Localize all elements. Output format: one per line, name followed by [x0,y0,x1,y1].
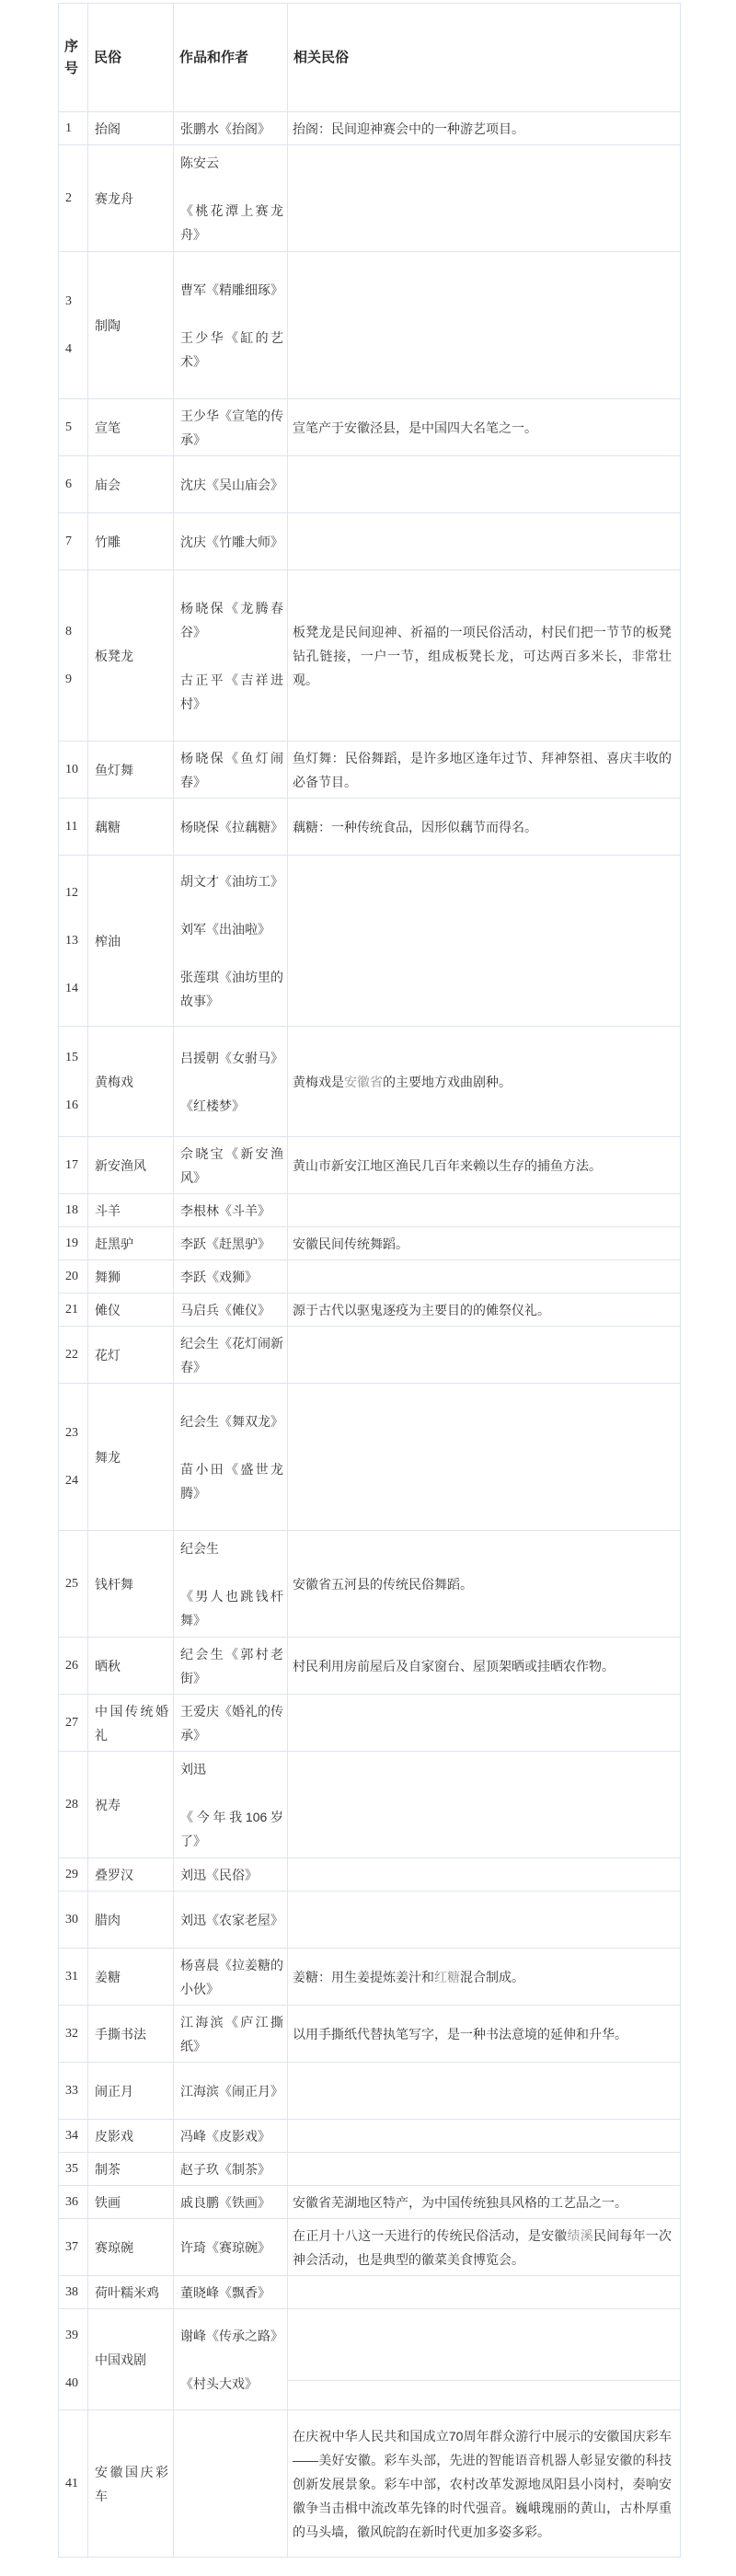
related-text: 在正月十八这一天进行的传统民俗活动，是安徽 [293,2228,568,2243]
work-item: 张鹏水《抬阁》 [180,117,283,141]
table-row: 7竹雕沈庆《竹雕大师》 [59,513,681,570]
related-text: 鱼灯舞：民俗舞蹈，是许多地区逢年过节、拜神祭祖、喜庆丰收的必备节目。 [293,751,672,789]
related-text: 藕糖：一种传统食品，因形似藕节而得名。 [293,820,537,834]
related-custom-cell [288,145,681,252]
works-cell: 李根林《斗羊》 [174,1194,288,1227]
table-row: 31姜糖杨喜晨《拉姜糖的小伙》姜糖：用生姜提炼姜汁和红糖混合制成。 [59,1949,681,2006]
row-number: 22 [65,1343,86,1367]
related-custom-cell [288,252,681,399]
folk-custom-cell: 制陶 [88,252,174,399]
related-custom-cell: 安徽民间传统舞蹈。 [288,1227,681,1260]
work-item: 苗小田《盛世龙腾》 [180,1457,283,1505]
work-item: 沈庆《吴山庙会》 [180,473,283,497]
works-cell: 佘晓宝《新安渔风》 [174,1137,288,1194]
row-number-cell: 3940 [59,2309,88,2410]
table-row: 1抬阁张鹏水《抬阁》抬阁：民间迎神赛会中的一种游艺项目。 [59,112,681,145]
table-row: 36铁画戚良鹏《铁画》安徽省芜湖地区特产，为中国传统独具风格的工艺品之一。 [59,2186,681,2219]
row-number: 34 [65,2124,86,2148]
header-related-customs: 相关民俗 [288,4,681,112]
row-number-cell: 22 [59,1327,88,1384]
related-custom-cell [288,1194,681,1227]
related-text: 在庆祝中华人民共和国成立70周年群众游行中展示的安徽国庆彩车——美好安徽。彩车头… [293,2429,672,2539]
works-cell: 杨晓保《拉藕糖》 [174,799,288,856]
work-item: 江海滨《闹正月》 [180,2079,283,2103]
related-custom-cell: 安徽省五河县的传统民俗舞蹈。 [288,1531,681,1638]
related-custom-cell: 藕糖：一种传统食品，因形似藕节而得名。 [288,799,681,856]
work-item: 许琦《赛琼碗》 [180,2236,283,2260]
row-number: 39 [65,2324,86,2348]
folk-custom-cell: 赛龙舟 [88,145,174,252]
related-text: 姜糖：用生姜提炼姜汁和 [293,1970,434,1984]
related-text: 抬阁：民间迎神赛会中的一种游艺项目。 [293,121,524,136]
related-custom-cell: 板凳龙是民间迎神、祈福的一项民俗活动，村民们把一节节的板凳钻孔链接，一户一节，组… [288,570,681,742]
related-custom-cell [288,1892,681,1949]
works-cell: 马启兵《傩仪》 [174,1294,288,1327]
related-custom-cell [288,2120,681,2153]
works-cell: 王爱庆《婚礼的传承》 [174,1695,288,1752]
folk-custom-cell: 叠罗汉 [88,1858,174,1892]
row-number: 36 [65,2191,86,2214]
table-row: 29叠罗汉刘迅《民俗》 [59,1858,681,1892]
row-number-cell: 17 [59,1137,88,1194]
table-row: 5宣笔王少华《宣笔的传承》宣笔产于安徽泾县，是中国四大名笔之一。 [59,399,681,456]
folk-customs-table: 序号 民俗 作品和作者 相关民俗 1抬阁张鹏水《抬阁》抬阁：民间迎神赛会中的一种… [58,3,681,2558]
row-number: 32 [65,2022,86,2046]
row-number-cell: 2 [59,145,88,252]
related-custom-cell [288,456,681,513]
work-item: 《男人也跳钱杆舞》 [180,1584,283,1632]
row-number: 33 [65,2079,86,2103]
row-number: 23 [65,1421,86,1445]
works-cell: 沈庆《竹雕大师》 [174,513,288,570]
work-item: 刘军《出油啦》 [180,917,283,941]
related-custom-cell [288,856,681,1027]
work-item: 杨喜晨《拉姜糖的小伙》 [180,1953,283,2001]
table-row: 26晒秋纪会生《郭村老街》村民利用房前屋后及自家窗台、屋顶架晒或挂晒农作物。 [59,1638,681,1695]
page: 序号 民俗 作品和作者 相关民俗 1抬阁张鹏水《抬阁》抬阁：民间迎神赛会中的一种… [0,0,736,2576]
row-number: 7 [65,530,86,554]
related-custom-cell: 黄梅戏是安徽省的主要地方戏曲剧种。 [288,1027,681,1137]
row-number: 1 [65,117,86,141]
row-number: 15 [65,1046,86,1070]
table-row: 37赛琼碗许琦《赛琼碗》在正月十八这一天进行的传统民俗活动，是安徽绩溪民间每年一… [59,2219,681,2276]
row-number: 13 [65,929,86,953]
row-number: 8 [65,620,86,644]
table-row: 32手撕书法江海滨《庐江撕纸》以用手撕纸代替执笔写字，是一种书法意境的延伸和升华… [59,2006,681,2063]
work-item: 王少华《缸的艺术》 [180,326,283,374]
table-row: 20舞狮李跃《戏狮》 [59,1260,681,1294]
folk-custom-cell: 荷叶糯米鸡 [88,2276,174,2309]
row-number: 11 [65,815,86,839]
folk-custom-cell: 抬阁 [88,112,174,145]
work-item: 戚良鹏《铁画》 [180,2191,283,2214]
row-number: 20 [65,1265,86,1289]
row-number: 16 [65,1094,86,1118]
works-cell: 杨喜晨《拉姜糖的小伙》 [174,1949,288,2006]
related-custom-cell: 宣笔产于安徽泾县，是中国四大名笔之一。 [288,399,681,456]
folk-custom-cell: 舞狮 [88,1260,174,1294]
table-row: 19赶黑驴李跃《赶黑驴》安徽民间传统舞蹈。 [59,1227,681,1260]
related-custom-cell [288,2153,681,2186]
table-row: 10鱼灯舞杨晓保《鱼灯闹春》鱼灯舞：民俗舞蹈，是许多地区逢年过节、拜神祭祖、喜庆… [59,742,681,799]
work-item: 《村头大戏》 [180,2372,283,2396]
table-row: 11藕糖杨晓保《拉藕糖》藕糖：一种传统食品，因形似藕节而得名。 [59,799,681,856]
work-item: 杨晓保《拉藕糖》 [180,815,283,839]
folk-custom-cell: 铁画 [88,2186,174,2219]
folk-custom-cell: 腊肉 [88,1892,174,1949]
related-custom-cell: 以用手撕纸代替执笔写字，是一种书法意境的延伸和升华。 [288,2006,681,2063]
works-cell: 戚良鹏《铁画》 [174,2186,288,2219]
row-number-cell: 35 [59,2153,88,2186]
related-text: 黄梅戏是 [293,1075,344,1089]
row-number-cell: 6 [59,456,88,513]
works-cell: 沈庆《吴山庙会》 [174,456,288,513]
work-item: 《桃花潭上赛龙舟》 [180,199,283,247]
row-number: 28 [65,1793,86,1817]
table-row: 27中国传统婚礼王爱庆《婚礼的传承》 [59,1695,681,1752]
related-text: 混合制成。 [460,1970,524,1984]
row-number-cell: 41 [59,2410,88,2558]
inline-link[interactable]: 安徽省 [344,1075,383,1089]
row-number: 37 [65,2236,86,2260]
work-item: 吕援朝《女驸马》 [180,1046,283,1070]
folk-custom-cell: 斗羊 [88,1194,174,1227]
table-row: 34制陶曹军《精雕细琢》王少华《缸的艺术》 [59,252,681,399]
row-number-cell: 11 [59,799,88,856]
row-number: 12 [65,881,86,905]
table-row: 30腊肉刘迅《农家老屋》 [59,1892,681,1949]
work-item: 马启兵《傩仪》 [180,1298,283,1322]
works-cell: 纪会生《郭村老街》 [174,1638,288,1695]
row-number: 3 [65,290,86,314]
works-cell: 纪会生《花灯闹新春》 [174,1327,288,1384]
row-number-cell: 33 [59,2063,88,2120]
related-custom-cell [288,1384,681,1531]
related-text: 安徽民间传统舞蹈。 [293,1236,408,1251]
related-subcell-top [288,2339,680,2381]
work-item: 杨晓保《鱼灯闹春》 [180,746,283,794]
table-row: 21傩仪马启兵《傩仪》源于古代以驱鬼逐疫为主要目的的傩祭仪礼。 [59,1294,681,1327]
works-cell: 张鹏水《抬阁》 [174,112,288,145]
work-item: 谢峰《传承之路》 [180,2324,283,2348]
table-row: 38荷叶糯米鸡董晓峰《飘香》 [59,2276,681,2309]
folk-custom-cell: 鱼灯舞 [88,742,174,799]
work-item: 《红楼梦》 [180,1094,283,1118]
table-row: 34皮影戏冯峰《皮影戏》 [59,2120,681,2153]
related-custom-cell: 村民利用房前屋后及自家窗台、屋顶架晒或挂晒农作物。 [288,1638,681,1695]
row-number: 27 [65,1711,86,1735]
table-row: 22花灯纪会生《花灯闹新春》 [59,1327,681,1384]
folk-custom-cell: 闹正月 [88,2063,174,2120]
folk-custom-cell: 钱杆舞 [88,1531,174,1638]
table-body: 1抬阁张鹏水《抬阁》抬阁：民间迎神赛会中的一种游艺项目。2赛龙舟陈安云《桃花潭上… [59,112,681,2558]
works-cell: 杨晓保《龙腾春谷》古正平《吉祥进村》 [174,570,288,742]
row-number: 10 [65,758,86,782]
folk-custom-cell: 赶黑驴 [88,1227,174,1260]
table-row: 1516黄梅戏吕援朝《女驸马》《红楼梦》黄梅戏是安徽省的主要地方戏曲剧种。 [59,1027,681,1137]
works-cell: 王少华《宣笔的传承》 [174,399,288,456]
row-number-cell: 1 [59,112,88,145]
row-number: 41 [65,2472,86,2496]
row-number: 25 [65,1572,86,1596]
table-row: 3940中国戏剧谢峰《传承之路》《村头大戏》 [59,2309,681,2410]
works-cell: 李跃《赶黑驴》 [174,1227,288,1260]
folk-custom-cell: 傩仪 [88,1294,174,1327]
folk-custom-cell: 祝寿 [88,1752,174,1858]
work-item: 刘迅《农家老屋》 [180,1908,283,1932]
work-item: 李跃《赶黑驴》 [180,1232,283,1256]
inline-link[interactable]: 绩溪 [568,2228,593,2243]
folk-custom-cell: 黄梅戏 [88,1027,174,1137]
header-works-authors: 作品和作者 [174,4,288,112]
related-custom-cell: 鱼灯舞：民俗舞蹈，是许多地区逢年过节、拜神祭祖、喜庆丰收的必备节目。 [288,742,681,799]
works-cell: 杨晓保《鱼灯闹春》 [174,742,288,799]
works-cell: 赵子玖《制茶》 [174,2153,288,2186]
row-number: 5 [65,416,86,440]
table-row: 89板凳龙杨晓保《龙腾春谷》古正平《吉祥进村》板凳龙是民间迎神、祈福的一项民俗活… [59,570,681,742]
work-item: 王少华《宣笔的传承》 [180,404,283,452]
folk-custom-cell: 中国传统婚礼 [88,1695,174,1752]
row-number-cell: 10 [59,742,88,799]
work-item: 刘迅 [180,1757,283,1781]
folk-custom-cell: 宣笔 [88,399,174,456]
works-cell: 江海滨《庐江撕纸》 [174,2006,288,2063]
works-cell: 冯峰《皮影戏》 [174,2120,288,2153]
work-item: 古正平《吉祥进村》 [180,668,283,716]
inline-link[interactable]: 红糖 [434,1970,460,1984]
works-cell: 纪会生《男人也跳钱杆舞》 [174,1531,288,1638]
row-number-cell: 21 [59,1294,88,1327]
row-number: 35 [65,2157,86,2181]
works-cell: 胡文才《油坊工》刘军《出油啦》张莲琪《油坊里的故事》 [174,856,288,1027]
folk-custom-cell: 花灯 [88,1327,174,1384]
work-item: 纪会生《花灯闹新春》 [180,1331,283,1379]
folk-custom-cell: 藕糖 [88,799,174,856]
related-custom-cell [288,1858,681,1892]
row-number-cell: 34 [59,252,88,399]
works-cell: 刘迅《民俗》 [174,1858,288,1892]
work-item: 江海滨《庐江撕纸》 [180,2010,283,2058]
work-item: 李跃《戏狮》 [180,1265,283,1289]
related-custom-cell: 在庆祝中华人民共和国成立70周年群众游行中展示的安徽国庆彩车——美好安徽。彩车头… [288,2410,681,2558]
related-custom-cell: 姜糖：用生姜提炼姜汁和红糖混合制成。 [288,1949,681,2006]
row-number-cell: 18 [59,1194,88,1227]
works-cell: 纪会生《舞双龙》苗小田《盛世龙腾》 [174,1384,288,1531]
row-number: 30 [65,1908,86,1932]
work-item: 佘晓宝《新安渔风》 [180,1142,283,1190]
folk-custom-cell: 舞龙 [88,1384,174,1531]
folk-custom-cell: 手撕书法 [88,2006,174,2063]
related-custom-cell [288,513,681,570]
works-cell: 李跃《戏狮》 [174,1260,288,1294]
row-number-cell: 36 [59,2186,88,2219]
row-number-cell: 26 [59,1638,88,1695]
row-number-cell: 121314 [59,856,88,1027]
row-number: 14 [65,977,86,1001]
table-row: 2324舞龙纪会生《舞双龙》苗小田《盛世龙腾》 [59,1384,681,1531]
table-row: 28祝寿刘迅《今年我106岁了》 [59,1752,681,1858]
related-text: 板凳龙是民间迎神、祈福的一项民俗活动，村民们把一节节的板凳钻孔链接，一户一节，组… [293,625,672,687]
work-item: 胡文才《油坊工》 [180,869,283,893]
related-custom-cell [288,2276,681,2309]
related-custom-cell: 安徽省芜湖地区特产，为中国传统独具风格的工艺品之一。 [288,2186,681,2219]
table-row: 2赛龙舟陈安云《桃花潭上赛龙舟》 [59,145,681,252]
row-number: 26 [65,1654,86,1678]
related-custom-cell [288,1752,681,1858]
works-cell: 刘迅《农家老屋》 [174,1892,288,1949]
table-row: 6庙会沈庆《吴山庙会》 [59,456,681,513]
works-cell: 曹军《精雕细琢》王少华《缸的艺术》 [174,252,288,399]
work-item: 陈安云 [180,151,283,175]
row-number: 19 [65,1232,86,1256]
row-number: 17 [65,1154,86,1178]
row-number-cell: 30 [59,1892,88,1949]
row-number-cell: 2324 [59,1384,88,1531]
related-text: 安徽省芜湖地区特产，为中国传统独具风格的工艺品之一。 [293,2195,627,2210]
row-number: 9 [65,668,86,692]
related-text: 村民利用房前屋后及自家窗台、屋顶架晒或挂晒农作物。 [293,1659,615,1673]
work-item: 李根林《斗羊》 [180,1199,283,1223]
row-number-cell: 29 [59,1858,88,1892]
related-text: 黄山市新安江地区渔民几百年来赖以生存的捕鱼方法。 [293,1158,602,1173]
folk-custom-cell: 安徽国庆彩车 [88,2410,174,2558]
work-item: 董晓峰《飘香》 [180,2281,283,2305]
row-number: 18 [65,1199,86,1223]
row-number-cell: 89 [59,570,88,742]
works-cell: 江海滨《闹正月》 [174,2063,288,2120]
row-number-cell: 25 [59,1531,88,1638]
header-seq-no: 序号 [59,4,88,112]
row-number-cell: 20 [59,1260,88,1294]
folk-custom-cell: 皮影戏 [88,2120,174,2153]
works-cell: 许琦《赛琼碗》 [174,2219,288,2276]
related-custom-cell [288,1695,681,1752]
related-custom-cell: 抬阁：民间迎神赛会中的一种游艺项目。 [288,112,681,145]
row-number-cell: 34 [59,2120,88,2153]
works-cell [174,2410,288,2558]
row-number-cell: 5 [59,399,88,456]
folk-custom-cell: 板凳龙 [88,570,174,742]
row-number: 6 [65,473,86,497]
related-custom-cell [288,1260,681,1294]
row-number: 38 [65,2281,86,2305]
folk-custom-cell: 庙会 [88,456,174,513]
work-item: 王爱庆《婚礼的传承》 [180,1699,283,1747]
table-row: 35制茶赵子玖《制茶》 [59,2153,681,2186]
table-row: 18斗羊李根林《斗羊》 [59,1194,681,1227]
row-number-cell: 19 [59,1227,88,1260]
work-item: 杨晓保《龙腾春谷》 [180,596,283,644]
table-row: 41安徽国庆彩车在庆祝中华人民共和国成立70周年群众游行中展示的安徽国庆彩车——… [59,2410,681,2558]
folk-custom-cell: 榨油 [88,856,174,1027]
related-text: 源于古代以驱鬼逐疫为主要目的的傩祭仪礼。 [293,1303,550,1317]
folk-custom-cell: 竹雕 [88,513,174,570]
work-item: 沈庆《竹雕大师》 [180,530,283,554]
works-cell: 刘迅《今年我106岁了》 [174,1752,288,1858]
work-item: 曹军《精雕细琢》 [180,278,283,302]
folk-custom-cell: 新安渔风 [88,1137,174,1194]
table-row: 17新安渔风佘晓宝《新安渔风》黄山市新安江地区渔民几百年来赖以生存的捕鱼方法。 [59,1137,681,1194]
work-item: 赵子玖《制茶》 [180,2157,283,2181]
related-text: 宣笔产于安徽泾县，是中国四大名笔之一。 [293,420,537,435]
related-text: 的主要地方戏曲剧种。 [383,1075,512,1089]
row-number-cell: 37 [59,2219,88,2276]
folk-custom-cell: 中国戏剧 [88,2309,174,2410]
table-row: 121314榨油胡文才《油坊工》刘军《出油啦》张莲琪《油坊里的故事》 [59,856,681,1027]
row-number: 40 [65,2372,86,2396]
row-number-cell: 28 [59,1752,88,1858]
work-item: 《今年我106岁了》 [180,1805,283,1853]
related-custom-cell: 在正月十八这一天进行的传统民俗活动，是安徽绩溪民间每年一次神会活动，也是典型的徽… [288,2219,681,2276]
related-custom-cell [288,2063,681,2120]
row-number-cell: 1516 [59,1027,88,1137]
table-row: 25钱杆舞纪会生《男人也跳钱杆舞》安徽省五河县的传统民俗舞蹈。 [59,1531,681,1638]
row-number: 24 [65,1469,86,1493]
work-item: 冯峰《皮影戏》 [180,2124,283,2148]
row-number: 2 [65,187,86,211]
related-custom-cell [288,1327,681,1384]
works-cell: 谢峰《传承之路》《村头大戏》 [174,2309,288,2410]
header-folk-custom: 民俗 [88,4,174,112]
works-cell: 陈安云《桃花潭上赛龙舟》 [174,145,288,252]
related-custom-cell-split [288,2309,681,2410]
folk-custom-cell: 赛琼碗 [88,2219,174,2276]
table-header-row: 序号 民俗 作品和作者 相关民俗 [59,4,681,112]
work-item: 张莲琪《油坊里的故事》 [180,965,283,1013]
related-custom-cell: 源于古代以驱鬼逐疫为主要目的的傩祭仪礼。 [288,1294,681,1327]
row-number-cell: 32 [59,2006,88,2063]
row-number: 21 [65,1298,86,1322]
related-text: 安徽省五河县的传统民俗舞蹈。 [293,1577,473,1592]
works-cell: 董晓峰《飘香》 [174,2276,288,2309]
row-number-cell: 27 [59,1695,88,1752]
work-item: 纪会生 [180,1536,283,1560]
work-item: 纪会生《郭村老街》 [180,1642,283,1690]
folk-custom-cell: 姜糖 [88,1949,174,2006]
row-number-cell: 31 [59,1949,88,2006]
row-number: 29 [65,1863,86,1887]
folk-custom-cell: 晒秋 [88,1638,174,1695]
row-number: 4 [65,338,86,362]
row-number-cell: 7 [59,513,88,570]
folk-custom-cell: 制茶 [88,2153,174,2186]
related-custom-cell: 黄山市新安江地区渔民几百年来赖以生存的捕鱼方法。 [288,1137,681,1194]
related-text: 以用手撕纸代替执笔写字，是一种书法意境的延伸和升华。 [293,2027,627,2041]
row-number: 31 [65,1965,86,1989]
work-item: 刘迅《民俗》 [180,1863,283,1887]
table-row: 33闹正月江海滨《闹正月》 [59,2063,681,2120]
work-item: 纪会生《舞双龙》 [180,1409,283,1433]
row-number-cell: 38 [59,2276,88,2309]
works-cell: 吕援朝《女驸马》《红楼梦》 [174,1027,288,1137]
